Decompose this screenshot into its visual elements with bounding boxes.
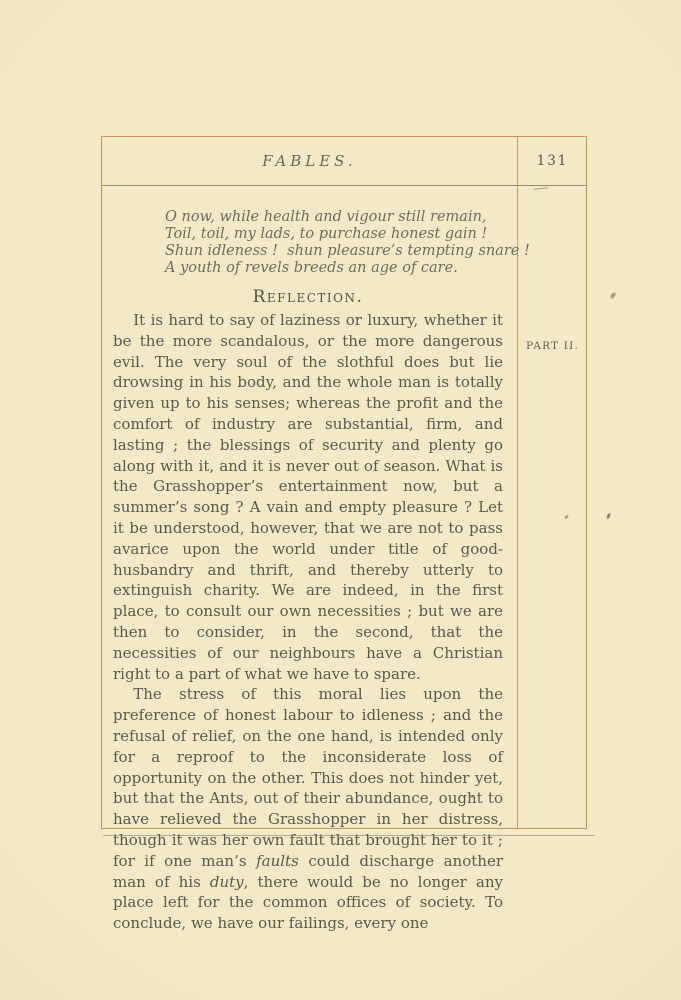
poem-line: Toil, toil, my lads, to purchase honest … — [165, 226, 503, 243]
page-edge-shadow — [103, 835, 595, 836]
book-title-header: FABLES. — [102, 137, 517, 186]
text-column: O now, while health and vigour still rem… — [113, 209, 503, 934]
reflection-paragraph-2: The stress of this moral lies upon the p… — [113, 684, 503, 934]
running-header: FABLES. 131 — [102, 137, 586, 186]
margin-column-rule — [517, 137, 518, 828]
ink-speck — [606, 513, 611, 520]
ink-speck — [471, 796, 473, 798]
emphasized-word: faults — [256, 852, 299, 870]
part-label: PART II. — [517, 340, 588, 352]
header-rule-tick — [534, 184, 548, 189]
reflection-paragraph-1: It is hard to say of laziness or luxury,… — [113, 310, 503, 684]
ink-speck — [610, 291, 617, 299]
poem-line: A youth of revels breeds an age of care. — [165, 260, 503, 277]
section-heading: Reflection. — [113, 287, 503, 307]
poem-line: O now, while health and vigour still rem… — [165, 209, 503, 226]
emphasized-word: duty — [210, 873, 244, 891]
scanned-book-page: FABLES. 131 PART II. O now, while health… — [0, 0, 681, 1000]
poem-line: Shun idleness ! shun pleasure’s tempting… — [165, 243, 503, 260]
poem-excerpt: O now, while health and vigour still rem… — [165, 209, 503, 277]
page-number: 131 — [517, 137, 588, 186]
page-frame: FABLES. 131 PART II. O now, while health… — [101, 136, 587, 829]
text-run: The stress of this moral lies upon the p… — [113, 685, 503, 869]
